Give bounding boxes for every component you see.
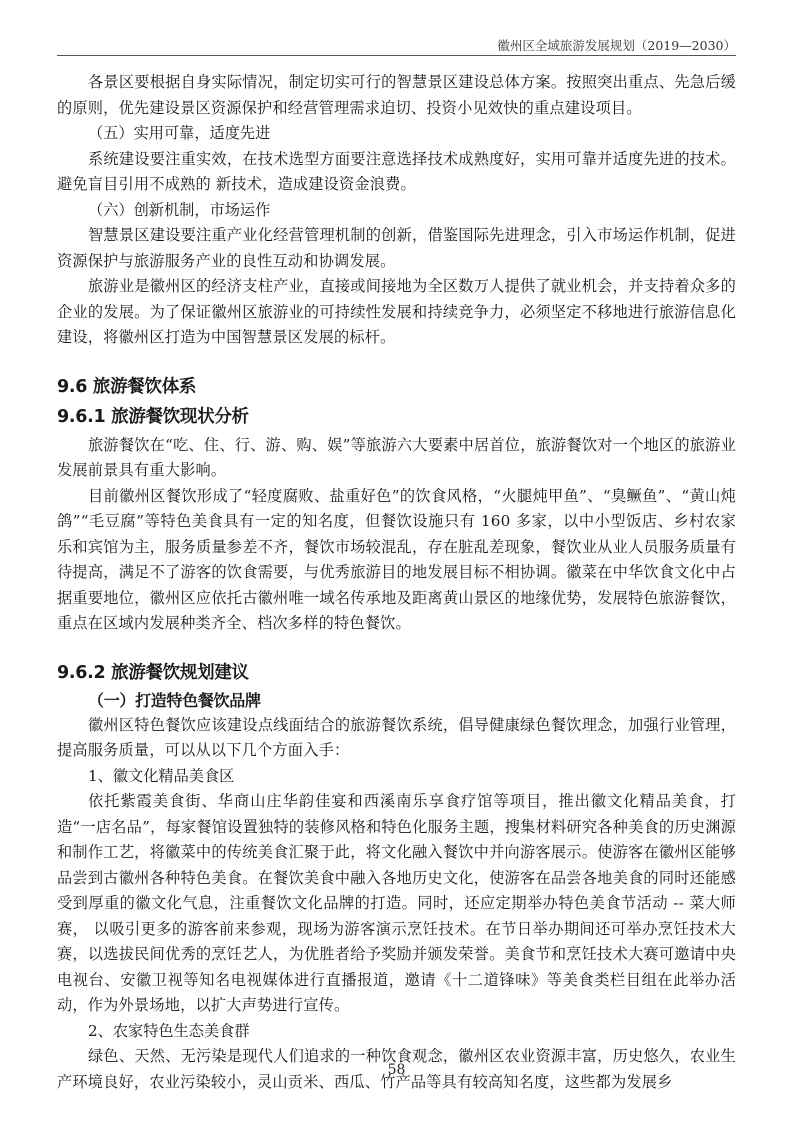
paragraph-catering-importance: 旅游餐饮在“吃、住、行、游、购、娱”等旅游六大要素中居首位，旅游餐饮对一个地区的…: [57, 433, 736, 484]
item-2-heading: 2、农家特色生态美食群: [57, 1019, 736, 1045]
page-number: 58: [0, 1062, 793, 1078]
section-heading-9-6-2: 9.6.2 旅游餐饮规划建议: [57, 661, 736, 685]
paragraph-catering-status: 目前徽州区餐饮形成了“轻度腐败、盐重好色”的饮食风格，“火腿炖甲鱼”、“臭鳜鱼”…: [57, 484, 736, 637]
running-header: 徽州区全域旅游发展规划（2019—2030）: [57, 36, 736, 55]
header-rule: [57, 55, 736, 56]
paragraph-system-build: 系统建设要注重实效，在技术选型方面要注意选择技术成熟度好，实用可靠并适度先进的技…: [57, 147, 736, 198]
paragraph-food-district: 依托紫霞美食街、华商山庄华韵佳宴和西溪南乐享食疗馆等项目，推出徽文化精品美食，打…: [57, 789, 736, 1019]
paragraph-scenic-plan: 各景区要根据自身实际情况，制定切实可行的智慧景区建设总体方案。按照突出重点、先急…: [57, 70, 736, 121]
page-content: 各景区要根据自身实际情况，制定切实可行的智慧景区建设总体方案。按照突出重点、先急…: [57, 70, 736, 1095]
item-1-heading: 1、徽文化精品美食区: [57, 764, 736, 790]
item-5-heading: （五）实用可靠，适度先进: [57, 121, 736, 147]
item-6-heading: （六）创新机制，市场运作: [57, 198, 736, 224]
paragraph-catering-system: 徽州区特色餐饮应该建设点线面结合的旅游餐饮系统，倡导健康绿色餐饮理念，加强行业管…: [57, 713, 736, 764]
section-heading-9-6: 9.6 旅游餐饮体系: [57, 375, 736, 399]
paragraph-tourism-pillar: 旅游业是徽州区的经济支柱产业，直接或间接地为全区数万人提供了就业机会，并支持着众…: [57, 274, 736, 351]
subsection-heading-brand: （一）打造特色餐饮品牌: [57, 689, 736, 713]
document-page: 徽州区全域旅游发展规划（2019—2030） 各景区要根据自身实际情况，制定切实…: [0, 0, 793, 1122]
paragraph-innovation: 智慧景区建设要注重产业化经营管理机制的创新，借鉴国际先进理念，引入市场运作机制，…: [57, 223, 736, 274]
section-heading-9-6-1: 9.6.1 旅游餐饮现状分析: [57, 405, 736, 429]
